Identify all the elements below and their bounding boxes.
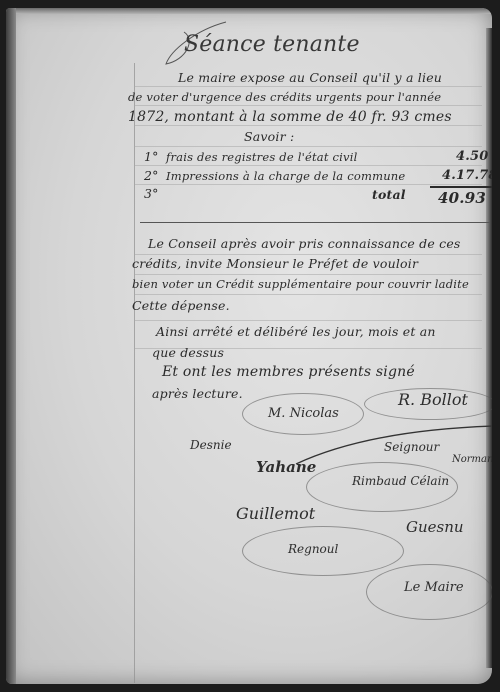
section-divider (140, 222, 490, 223)
signature: Le Maire (404, 580, 464, 595)
resolution-line: Cette dépense. (132, 298, 230, 313)
resolution-line: crédits, invite Monsieur le Préfet de vo… (132, 256, 418, 271)
register-page: Séance tenante Le maire expose au Consei… (6, 8, 492, 684)
item-index: 3° (144, 186, 159, 201)
signature: R. Bollot (398, 390, 468, 409)
resolution-line: Et ont les membres présents signé (162, 364, 415, 380)
item-index: 2° (144, 168, 159, 183)
paragraph-line: Le maire expose au Conseil qu'il y a lie… (178, 70, 442, 85)
paragraph-line: Savoir : (244, 129, 294, 144)
resolution-line: bien voter un Crédit supplémentaire pour… (132, 277, 469, 291)
signature-swash (296, 426, 492, 466)
paragraph-line: 1872, montant à la somme de 40 fr. 93 cm… (128, 109, 452, 125)
heading: Séance tenante (184, 32, 360, 57)
total-label: total (372, 187, 406, 202)
total-underline (430, 186, 492, 188)
resolution-line: après lecture. (152, 386, 243, 401)
signature: Guillemot (236, 504, 315, 523)
ruled-line (134, 184, 482, 185)
signature: Guesnu (406, 518, 464, 536)
ruled-line (134, 125, 482, 126)
page-right-edge (486, 28, 492, 668)
item-amount: 4.17.78 (442, 168, 492, 183)
item-index: 1° (144, 149, 159, 164)
signature: Regnoul (288, 542, 338, 556)
paragraph-line: de voter d'urgence des crédits urgents p… (128, 90, 441, 104)
signature: M. Nicolas (268, 406, 339, 421)
item-label: Impressions à la charge de la commune (166, 169, 405, 183)
ruled-line (134, 86, 482, 87)
resolution-line: Ainsi arrêté et délibéré les jour, mois … (156, 324, 436, 339)
ruled-line (134, 105, 482, 106)
total-amount: 40.93 (438, 189, 486, 207)
item-amount: 4.50 (456, 149, 488, 164)
ruled-line (134, 274, 482, 275)
ruled-line (134, 254, 482, 255)
resolution-line: Le Conseil après avoir pris connaissance… (148, 236, 461, 251)
signature: Yahane (256, 458, 316, 476)
page-binding-edge (6, 8, 16, 684)
signature: Rimbaud Célain (352, 474, 449, 488)
ruled-line (134, 294, 482, 295)
ruled-line (134, 146, 482, 147)
ruled-line (134, 320, 482, 321)
ruled-line (134, 165, 482, 166)
item-label: frais des registres de l'état civil (166, 150, 358, 164)
left-margin-rule (134, 63, 135, 683)
signature: Desnie (190, 438, 232, 452)
resolution-line: que dessus (152, 345, 224, 360)
